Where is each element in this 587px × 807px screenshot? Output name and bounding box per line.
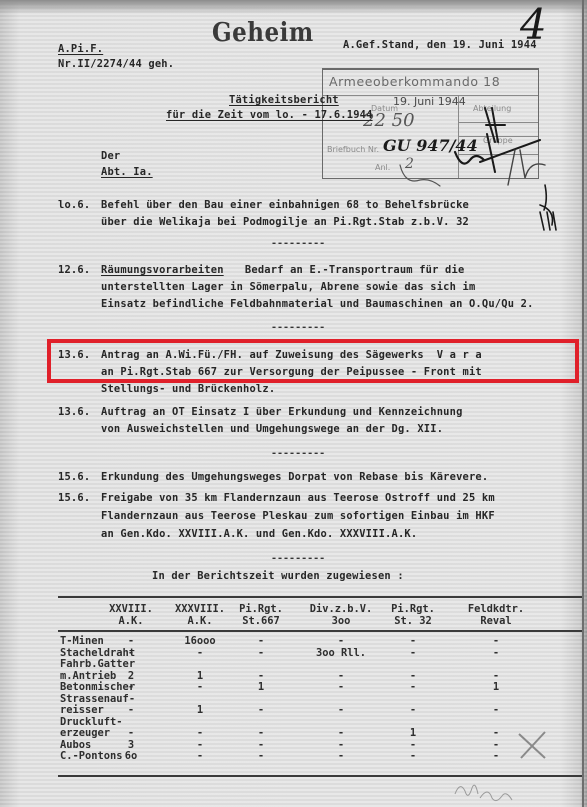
- entry-text: an Gen.Kdo. XXVIII.A.K. und Gen.Kdo. XXX…: [101, 528, 417, 540]
- table-cell: 1: [221, 682, 301, 694]
- entry-text: Einsatz befindliche Feldbahnmaterial und…: [101, 298, 534, 310]
- table-cell: -: [91, 705, 171, 717]
- document-page: Geheim A.Pi.F. Nr.II/2274/44 geh. A.Gef.…: [0, 0, 587, 807]
- addressee-line2: Abt. Ia.: [101, 166, 153, 178]
- entry-text: Flandernzaun aus Teerose Pleskau zum sof…: [101, 510, 495, 522]
- table-cell: 3oo Rll.: [301, 648, 381, 660]
- column-header: St.667: [221, 616, 301, 628]
- report-period: für die Zeit vom lo. - 17.6.1944: [166, 109, 373, 121]
- pencil-x-mark: [517, 730, 547, 760]
- table-cell: -: [456, 648, 536, 660]
- entry-text: von Ausweichstellen und Umgehungswege an…: [101, 423, 443, 435]
- separator: ---------: [271, 238, 325, 249]
- column-header: A.K.: [91, 616, 171, 628]
- row-label: Fahrb.Gatter: [60, 659, 135, 671]
- table-cell: -: [91, 636, 171, 648]
- table-cell: -: [456, 705, 536, 717]
- entry-text: über die Welikaja bei Podmogilje an Pi.R…: [101, 216, 469, 228]
- entry-date: 12.6.: [58, 264, 90, 276]
- entry-text: unterstellten Lager in Sömerpalu, Abrene…: [101, 281, 475, 293]
- entry-date: 13.6.: [58, 349, 90, 361]
- column-header: 3oo: [301, 616, 381, 628]
- table-cell: -: [221, 728, 301, 740]
- table-rule-top: [58, 596, 582, 598]
- entry-text: an Pi.Rgt.Stab 667 zur Versorgung der Pe…: [101, 366, 482, 378]
- separator: ---------: [271, 322, 325, 333]
- column-header: Reval: [456, 616, 536, 628]
- table-cell: -: [91, 728, 171, 740]
- entry-text: Antrag an A.Wi.Fü./FH. auf Zuweisung des…: [101, 349, 482, 361]
- entry-text: Bedarf an E.-Transportraum für die: [232, 264, 464, 276]
- table-cell: -: [221, 751, 301, 763]
- column-header: St. 32: [373, 616, 453, 628]
- separator: ---------: [271, 448, 325, 459]
- column-header: Div.z.b.V.: [301, 604, 381, 616]
- table-cell: -: [221, 636, 301, 648]
- table-cell: -: [301, 728, 381, 740]
- entry-text: Stellungs- und Brückenholz.: [101, 383, 275, 395]
- entry-text: Auftrag an OT Einsatz I über Erkundung u…: [101, 406, 463, 418]
- entry-text: Erkundung des Umgehungsweges Dorpat von …: [101, 471, 488, 483]
- table-cell: -: [373, 648, 453, 660]
- entry-text: Befehl über den Bau einer einbahnigen 68…: [101, 199, 469, 211]
- pencil-signature: [450, 776, 520, 806]
- separator: ---------: [271, 553, 325, 564]
- entry-date: 15.6.: [58, 492, 90, 504]
- table-cell: -: [221, 648, 301, 660]
- table-cell: -: [373, 682, 453, 694]
- table-cell: -: [373, 636, 453, 648]
- table-cell: -: [301, 682, 381, 694]
- column-header: Pi.Rgt.: [221, 604, 301, 616]
- table-cell: -: [373, 751, 453, 763]
- report-title: Tätigkeitsbericht: [229, 94, 339, 106]
- entry-heading: Räumungsvorarbeiten: [101, 264, 224, 276]
- allocation-intro: In der Berichtszeit wurden zugewiesen :: [152, 570, 404, 582]
- table-cell: -: [91, 682, 171, 694]
- entry-text: Freigabe von 35 km Flandernzaun aus Teer…: [101, 492, 495, 504]
- entry-date: 13.6.: [58, 406, 90, 418]
- table-cell: -: [456, 636, 536, 648]
- table-cell: 1: [373, 728, 453, 740]
- table-cell: 6o: [91, 751, 171, 763]
- table-cell: -: [373, 705, 453, 717]
- table-cell: -: [301, 705, 381, 717]
- column-header: XXVIII.: [91, 604, 171, 616]
- column-header: Feldkdtr.: [456, 604, 536, 616]
- entry-date: lo.6.: [58, 199, 90, 211]
- table-cell: -: [221, 705, 301, 717]
- table-cell: 1: [456, 682, 536, 694]
- column-header: Pi.Rgt.: [373, 604, 453, 616]
- entry-date: 15.6.: [58, 471, 90, 483]
- table-cell: -: [301, 636, 381, 648]
- addressee-line1: Der: [101, 150, 120, 162]
- table-cell: -: [301, 751, 381, 763]
- allocation-table: XXVIII.A.K.XXXVIII.A.K.Pi.Rgt.St.667Div.…: [60, 604, 582, 774]
